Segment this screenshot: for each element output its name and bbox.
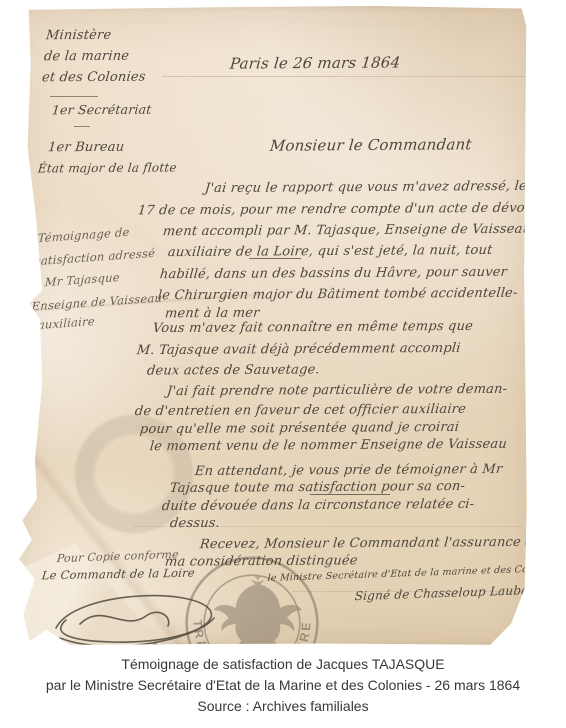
- caption-line-1: Témoignage de satisfaction de Jacques TA…: [0, 654, 566, 675]
- body-line: 17 de ce mois, pour me rendre compte d'u…: [137, 201, 533, 219]
- body-line: En attendant, je vous prie de témoigner …: [194, 462, 503, 479]
- margin-note-line: Témoignage de: [38, 225, 130, 245]
- closing-line: Signé de Chasseloup Laubat.: [354, 583, 533, 603]
- body-line: le moment venu de le nommer Enseigne de …: [149, 437, 507, 454]
- caption-line-3: Source : Archives familiales: [0, 696, 566, 717]
- body-line: deux actes de Sauvetage.: [146, 362, 320, 378]
- body-line: ment accompli par M. Tajasque, Enseigne …: [162, 222, 532, 240]
- letterhead-divider: [50, 96, 98, 97]
- signature-flourish: [44, 576, 229, 646]
- body-line: dessus.: [169, 516, 220, 531]
- margin-note-line: à Mr Tajasque: [34, 270, 120, 290]
- dateline: Paris le 26 mars 1864: [229, 53, 401, 72]
- margin-note-line: satisfaction adressé: [34, 246, 155, 268]
- body-line: Vous m'avez fait connaître en même temps…: [152, 319, 474, 336]
- body-line: J'ai reçu le rapport que vous m'avez adr…: [204, 179, 527, 196]
- document-photo: Ministère de la marine et des Colonies 1…: [12, 6, 533, 646]
- photo-caption: Témoignage de satisfaction de Jacques TA…: [0, 654, 566, 717]
- ruled-line: [162, 76, 524, 77]
- body-line: pour qu'elle me soit présentée quand je …: [139, 420, 460, 437]
- letterhead-line: Ministère: [45, 28, 112, 43]
- letterhead-line: 1er Secrétariat: [51, 102, 152, 118]
- margin-note-line: auxiliaire: [38, 314, 95, 332]
- letterhead-line: de la marine: [43, 49, 130, 65]
- body-line: Recevez, Monsieur le Commandant l'assura…: [199, 535, 533, 552]
- letterhead-line: et des Colonies: [41, 70, 146, 86]
- page: Ministère de la marine et des Colonies 1…: [0, 0, 566, 728]
- underline-satisfaction: [310, 494, 390, 495]
- margin-note-line: Enseigne de Vaisseau: [31, 290, 162, 313]
- salutation: Monsieur le Commandant: [269, 135, 473, 154]
- body-line: duite dévouée dans la circonstance relat…: [161, 497, 475, 514]
- body-line: ment à la mer: [164, 306, 260, 322]
- letterhead-line: 1er Bureau: [47, 140, 125, 156]
- body-line: auxiliaire de la Loire, qui s'est jeté, …: [167, 243, 493, 260]
- body-line: de d'entretien en faveur de cet officier…: [134, 402, 467, 419]
- body-line: habillé, dans un des bassins du Hâvre, p…: [159, 265, 508, 282]
- body-line: le Chirurgien major du Bâtiment tombé ac…: [157, 286, 518, 304]
- body-line: J'ai fait prendre note particulière de v…: [166, 382, 508, 399]
- letterhead-divider: [74, 126, 90, 127]
- letterhead-line: État major de la flotte: [37, 161, 177, 176]
- caption-line-2: par le Ministre Secrétaire d'Etat de la …: [0, 675, 566, 696]
- body-line: M. Tajasque avait déjà précédemment acco…: [136, 341, 461, 358]
- underline-ship-name: [249, 258, 301, 259]
